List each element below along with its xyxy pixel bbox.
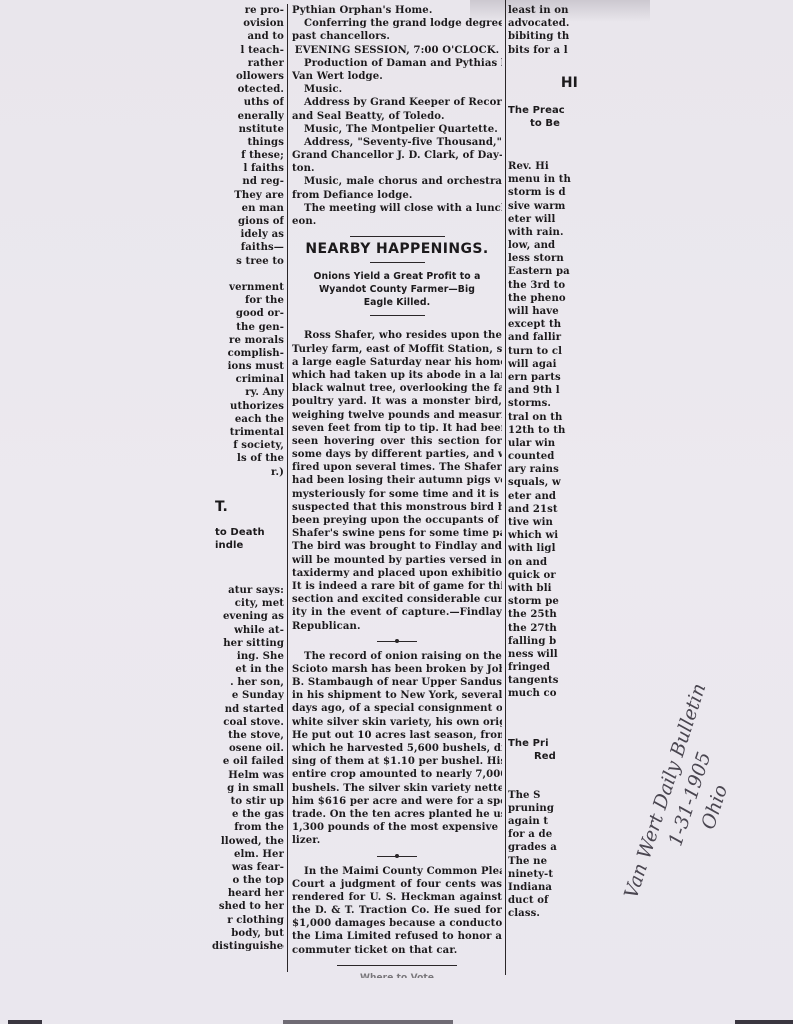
text-line: Rev. Hi: [508, 160, 578, 173]
text-line: et in the: [212, 663, 284, 676]
text-line: eter will: [508, 213, 578, 226]
right-column-fragment: least in onadvocated.bibiting thbits for…: [508, 4, 578, 921]
text-line: ovision: [212, 17, 284, 30]
text-line: tangents: [508, 674, 578, 687]
text-line: storm pe: [508, 595, 578, 608]
article-line: B. Stambaugh of near Upper Sandusky: [292, 676, 502, 689]
text-line: body, but: [212, 927, 284, 940]
article-line: which he harvested 5,600 bushels, dispo-: [292, 742, 502, 755]
text-line: e Sunday: [212, 689, 284, 702]
program-line: Address, "Seventy-five Thousand,": [292, 136, 502, 149]
text-line: Indiana: [508, 881, 578, 894]
text-line: and fallir: [508, 331, 578, 344]
text-line: uthorizes: [212, 400, 284, 413]
text-line: distinguished: [212, 940, 284, 953]
text-line: Eastern pa: [508, 265, 578, 278]
text-line: faiths—: [212, 241, 284, 254]
text-line: f society,: [212, 439, 284, 452]
text-line: The S: [508, 789, 578, 802]
headline: NEARBY HAPPENINGS.: [292, 243, 502, 256]
text-line: re morals: [212, 334, 284, 347]
subheadline-line: Eagle Killed.: [292, 296, 502, 309]
text-line: ness will: [508, 648, 578, 661]
article-onions: The record of onion raising on the bigSc…: [292, 650, 502, 848]
article-line: In the Maimi County Common Pleas: [292, 865, 502, 878]
text-line: ions must: [212, 360, 284, 373]
text-line: [212, 268, 284, 281]
article-line: seen hovering over this section for: [292, 435, 502, 448]
article-line: 1,300 pounds of the most expensive ferti…: [292, 821, 502, 834]
right-column-lines-bottom: The Spruningagain tfor a degrades aThe n…: [508, 789, 578, 921]
text-line: trimental: [212, 426, 284, 439]
article-line: Turley farm, east of Moffit Station, sho…: [292, 343, 502, 356]
text-line: the stove,: [212, 729, 284, 742]
right-subheading-line: Red: [508, 750, 578, 763]
article-line: Court a judgment of four cents was: [292, 878, 502, 891]
handwritten-annotation: Van Wert Daily Bulletin 1-31-1905 Ohio: [613, 663, 768, 934]
scanned-page: re pro-ovisionand tol teach-ratherollowe…: [0, 0, 793, 1024]
text-line: least in on: [508, 4, 578, 17]
article-line: The record of onion raising on the big: [292, 650, 502, 663]
article-line: trade. On the ten acres planted he used: [292, 808, 502, 821]
text-line: for a de: [508, 828, 578, 841]
text-line: vernment: [212, 281, 284, 294]
text-line: The ne: [508, 855, 578, 868]
article-line: weighing twelve pounds and measuring: [292, 409, 502, 422]
left-subheading: to Death indle: [212, 526, 284, 552]
text-line: city, met: [212, 597, 284, 610]
scan-edge-mark: [283, 1020, 453, 1024]
text-line: enerally: [212, 110, 284, 123]
program-line: EVENING SESSION, 7:00 O'CLOCK.: [292, 44, 502, 57]
text-line: complish-: [212, 347, 284, 360]
article-court-judgment: In the Maimi County Common PleasCourt a …: [292, 865, 502, 957]
text-line: grades a: [508, 841, 578, 854]
text-line: otected.: [212, 83, 284, 96]
text-line: which wi: [508, 529, 578, 542]
subheadline: Onions Yield a Great Profit to a Wyandot…: [292, 270, 502, 309]
text-line: ern parts: [508, 371, 578, 384]
text-line: idely as: [212, 228, 284, 241]
text-line: the gen-: [212, 321, 284, 334]
text-line: sive warm: [508, 200, 578, 213]
article-line: suspected that this monstrous bird has: [292, 501, 502, 514]
program-line: Address by Grand Keeper of Record: [292, 96, 502, 109]
right-section-heading: HI: [508, 77, 578, 90]
separator-rule: [370, 315, 425, 316]
text-line: criminal: [212, 373, 284, 386]
article-line: some days by different parties, and was: [292, 448, 502, 461]
text-line: o the top: [212, 874, 284, 887]
main-column: Pythian Orphan's Home.Conferring the gra…: [292, 4, 502, 978]
column-rule-right: [505, 0, 506, 975]
text-line: for the: [212, 294, 284, 307]
text-line: on and: [508, 556, 578, 569]
program-line: Grand Chancellor J. D. Clark, of Day-: [292, 149, 502, 162]
text-line: and 21st: [508, 503, 578, 516]
separator-rule: [350, 236, 445, 237]
program-line: from Defiance lodge.: [292, 189, 502, 202]
text-line: re pro-: [212, 4, 284, 17]
right-subheading-line: The Preac: [508, 104, 578, 117]
article-line: fired upon several times. The Shafers: [292, 461, 502, 474]
text-line: with rain.: [508, 226, 578, 239]
text-line: the 25th: [508, 608, 578, 621]
text-line: will agai: [508, 358, 578, 371]
lodge-program: Pythian Orphan's Home.Conferring the gra…: [292, 4, 502, 228]
program-line: Music, The Montpelier Quartette.: [292, 123, 502, 136]
text-line: and to: [212, 30, 284, 43]
article-line: the D. & T. Traction Co. He sued for: [292, 904, 502, 917]
right-subheading-2: The Pri Red: [508, 737, 578, 763]
article-line: a large eagle Saturday near his home,: [292, 356, 502, 369]
text-line: with ligl: [508, 542, 578, 555]
text-line: l faiths: [212, 162, 284, 175]
text-line: Helm was: [212, 769, 284, 782]
text-line: bibiting th: [508, 30, 578, 43]
article-line: been preying upon the occupants of Mr.: [292, 514, 502, 527]
text-line: nstitute: [212, 123, 284, 136]
text-line: with bli: [508, 582, 578, 595]
article-line: had been losing their autumn pigs very: [292, 474, 502, 487]
article-line: He put out 10 acres last season, from: [292, 729, 502, 742]
left-subheading-line: indle: [215, 539, 284, 552]
text-line: s tree to: [212, 255, 284, 268]
program-line: past chancellors.: [292, 30, 502, 43]
article-line: ity in the event of capture.—Findlay: [292, 606, 502, 619]
article-line: seven feet from tip to tip. It had been: [292, 422, 502, 435]
text-line: g in small: [212, 782, 284, 795]
text-line: much co: [508, 687, 578, 700]
text-line: ary rains: [508, 463, 578, 476]
subheadline-line: Wyandot County Farmer—Big: [292, 283, 502, 296]
text-line: except th: [508, 318, 578, 331]
text-line: rather: [212, 57, 284, 70]
left-section-heading: T.: [212, 501, 284, 514]
article-line: It is indeed a rare bit of game for this: [292, 580, 502, 593]
text-line: and 9th l: [508, 384, 578, 397]
text-line: uths of: [212, 96, 284, 109]
text-line: . her son,: [212, 676, 284, 689]
article-line: Scioto marsh has been broken by John: [292, 663, 502, 676]
left-column-fragment: re pro-ovisionand tol teach-ratherollowe…: [212, 4, 284, 953]
program-line: Music, male chorus and orchestra: [292, 175, 502, 188]
text-line: fringed: [508, 661, 578, 674]
text-line: r.): [212, 466, 284, 479]
article-line: rendered for U. S. Heckman against: [292, 891, 502, 904]
text-line: ollowers: [212, 70, 284, 83]
text-line: the pheno: [508, 292, 578, 305]
program-line: The meeting will close with a lunch-: [292, 202, 502, 215]
text-line: good or-: [212, 307, 284, 320]
article-line: entire crop amounted to nearly 7,000: [292, 768, 502, 781]
text-line: from the: [212, 821, 284, 834]
text-line: en man: [212, 202, 284, 215]
text-line: ular win: [508, 437, 578, 450]
article-line: him $616 per acre and were for a special: [292, 795, 502, 808]
article-line: poultry yard. It was a monster bird,: [292, 395, 502, 408]
program-line: and Seal Beatty, of Toledo.: [292, 110, 502, 123]
text-line: ry. Any: [212, 386, 284, 399]
right-subheading-line: The Pri: [508, 737, 578, 750]
article-eagle: Ross Shafer, who resides upon theTurley …: [292, 329, 502, 632]
text-line: each the: [212, 413, 284, 426]
text-line: shed to her: [212, 900, 284, 913]
text-line: class.: [508, 907, 578, 920]
right-column-lines-mid: Rev. Himenu in thstorm is dsive warmeter…: [508, 160, 578, 701]
text-line: atur says:: [212, 584, 284, 597]
text-line: 12th to th: [508, 424, 578, 437]
text-line: bits for a l: [508, 44, 578, 57]
text-line: pruning: [508, 802, 578, 815]
text-line: l teach-: [212, 44, 284, 57]
text-line: duct of: [508, 894, 578, 907]
text-line: elm. Her: [212, 848, 284, 861]
article-line: the Lima Limited refused to honor a: [292, 930, 502, 943]
article-line: mysteriously for some time and it is now: [292, 488, 502, 501]
article-line: in his shipment to New York, several: [292, 689, 502, 702]
article-line: taxidermy and placed upon exhibition.: [292, 567, 502, 580]
column-rule-left: [287, 4, 288, 972]
cut-off-heading: Where to Vote: [292, 972, 502, 978]
right-subheading: The Preac to Be: [508, 104, 578, 130]
text-line: will have: [508, 305, 578, 318]
text-line: f these;: [212, 149, 284, 162]
text-line: tral on th: [508, 411, 578, 424]
text-line: turn to cl: [508, 345, 578, 358]
separator-dash: [377, 641, 417, 642]
text-line: the 3rd to: [508, 279, 578, 292]
left-column-lines-2: atur says:city, metevening aswhile at-he…: [212, 584, 284, 953]
text-line: storms.: [508, 397, 578, 410]
text-line: low, and: [508, 239, 578, 252]
text-line: r clothing: [212, 914, 284, 927]
separator-dash: [377, 856, 417, 857]
article-line: bushels. The silver skin variety netted: [292, 782, 502, 795]
text-line: ing. She: [212, 650, 284, 663]
text-line: was fear-: [212, 861, 284, 874]
separator-rule: [337, 965, 457, 966]
text-line: gions of: [212, 215, 284, 228]
subheadline-line: Onions Yield a Great Profit to a: [292, 270, 502, 283]
scan-edge-mark: [8, 1020, 42, 1024]
text-line: advocated.: [508, 17, 578, 30]
text-line: They are: [212, 189, 284, 202]
text-line: to stir up: [212, 795, 284, 808]
text-line: things: [212, 136, 284, 149]
article-line: black walnut tree, overlooking the farm: [292, 382, 502, 395]
right-subheading-line: to Be: [508, 117, 578, 130]
text-line: e the gas: [212, 808, 284, 821]
article-line: white silver skin variety, his own origi…: [292, 716, 502, 729]
program-line: Production of Daman and Pythias by: [292, 57, 502, 70]
text-line: nd reg-: [212, 175, 284, 188]
article-line: days ago, of a special consignment of: [292, 702, 502, 715]
program-line: ton.: [292, 162, 502, 175]
article-line: The bird was brought to Findlay and: [292, 540, 502, 553]
article-line: Ross Shafer, who resides upon the: [292, 329, 502, 342]
text-line: heard her: [212, 887, 284, 900]
text-line: squals, w: [508, 476, 578, 489]
text-line: while at-: [212, 624, 284, 637]
scan-edge-mark: [735, 1020, 793, 1024]
text-line: osene oil.: [212, 742, 284, 755]
text-line: counted: [508, 450, 578, 463]
text-line: quick or: [508, 569, 578, 582]
article-line: Shafer's swine pens for some time past.: [292, 527, 502, 540]
text-line: ninety-t: [508, 868, 578, 881]
article-line: Republican.: [292, 620, 502, 633]
separator-rule: [370, 262, 425, 263]
program-line: Pythian Orphan's Home.: [292, 4, 502, 17]
article-line: will be mounted by parties versed in: [292, 554, 502, 567]
text-line: tive win: [508, 516, 578, 529]
article-line: section and excited considerable curios-: [292, 593, 502, 606]
text-line: evening as: [212, 610, 284, 623]
text-line: eter and: [508, 490, 578, 503]
text-line: again t: [508, 815, 578, 828]
text-line: the 27th: [508, 622, 578, 635]
text-line: nd started: [212, 703, 284, 716]
right-column-lines-top: least in onadvocated.bibiting thbits for…: [508, 4, 578, 57]
left-column-lines: re pro-ovisionand tol teach-ratherollowe…: [212, 4, 284, 479]
text-line: coal stove.: [212, 716, 284, 729]
article-line: commuter ticket on that car.: [292, 944, 502, 957]
text-line: e oil failed: [212, 755, 284, 768]
article-line: sing of them at $1.10 per bushel. His: [292, 755, 502, 768]
program-line: Conferring the grand lodge degree on: [292, 17, 502, 30]
text-line: falling b: [508, 635, 578, 648]
program-line: eon.: [292, 215, 502, 228]
text-line: llowed, the: [212, 835, 284, 848]
article-line: which had taken up its abode in a large: [292, 369, 502, 382]
left-subheading-line: to Death: [215, 526, 284, 539]
text-line: her sitting: [212, 637, 284, 650]
text-line: menu in th: [508, 173, 578, 186]
program-line: Music.: [292, 83, 502, 96]
article-line: $1,000 damages because a conductor on: [292, 917, 502, 930]
article-line: lizer.: [292, 834, 502, 847]
text-line: storm is d: [508, 186, 578, 199]
text-line: ls of the: [212, 452, 284, 465]
text-line: less storn: [508, 252, 578, 265]
program-line: Van Wert lodge.: [292, 70, 502, 83]
